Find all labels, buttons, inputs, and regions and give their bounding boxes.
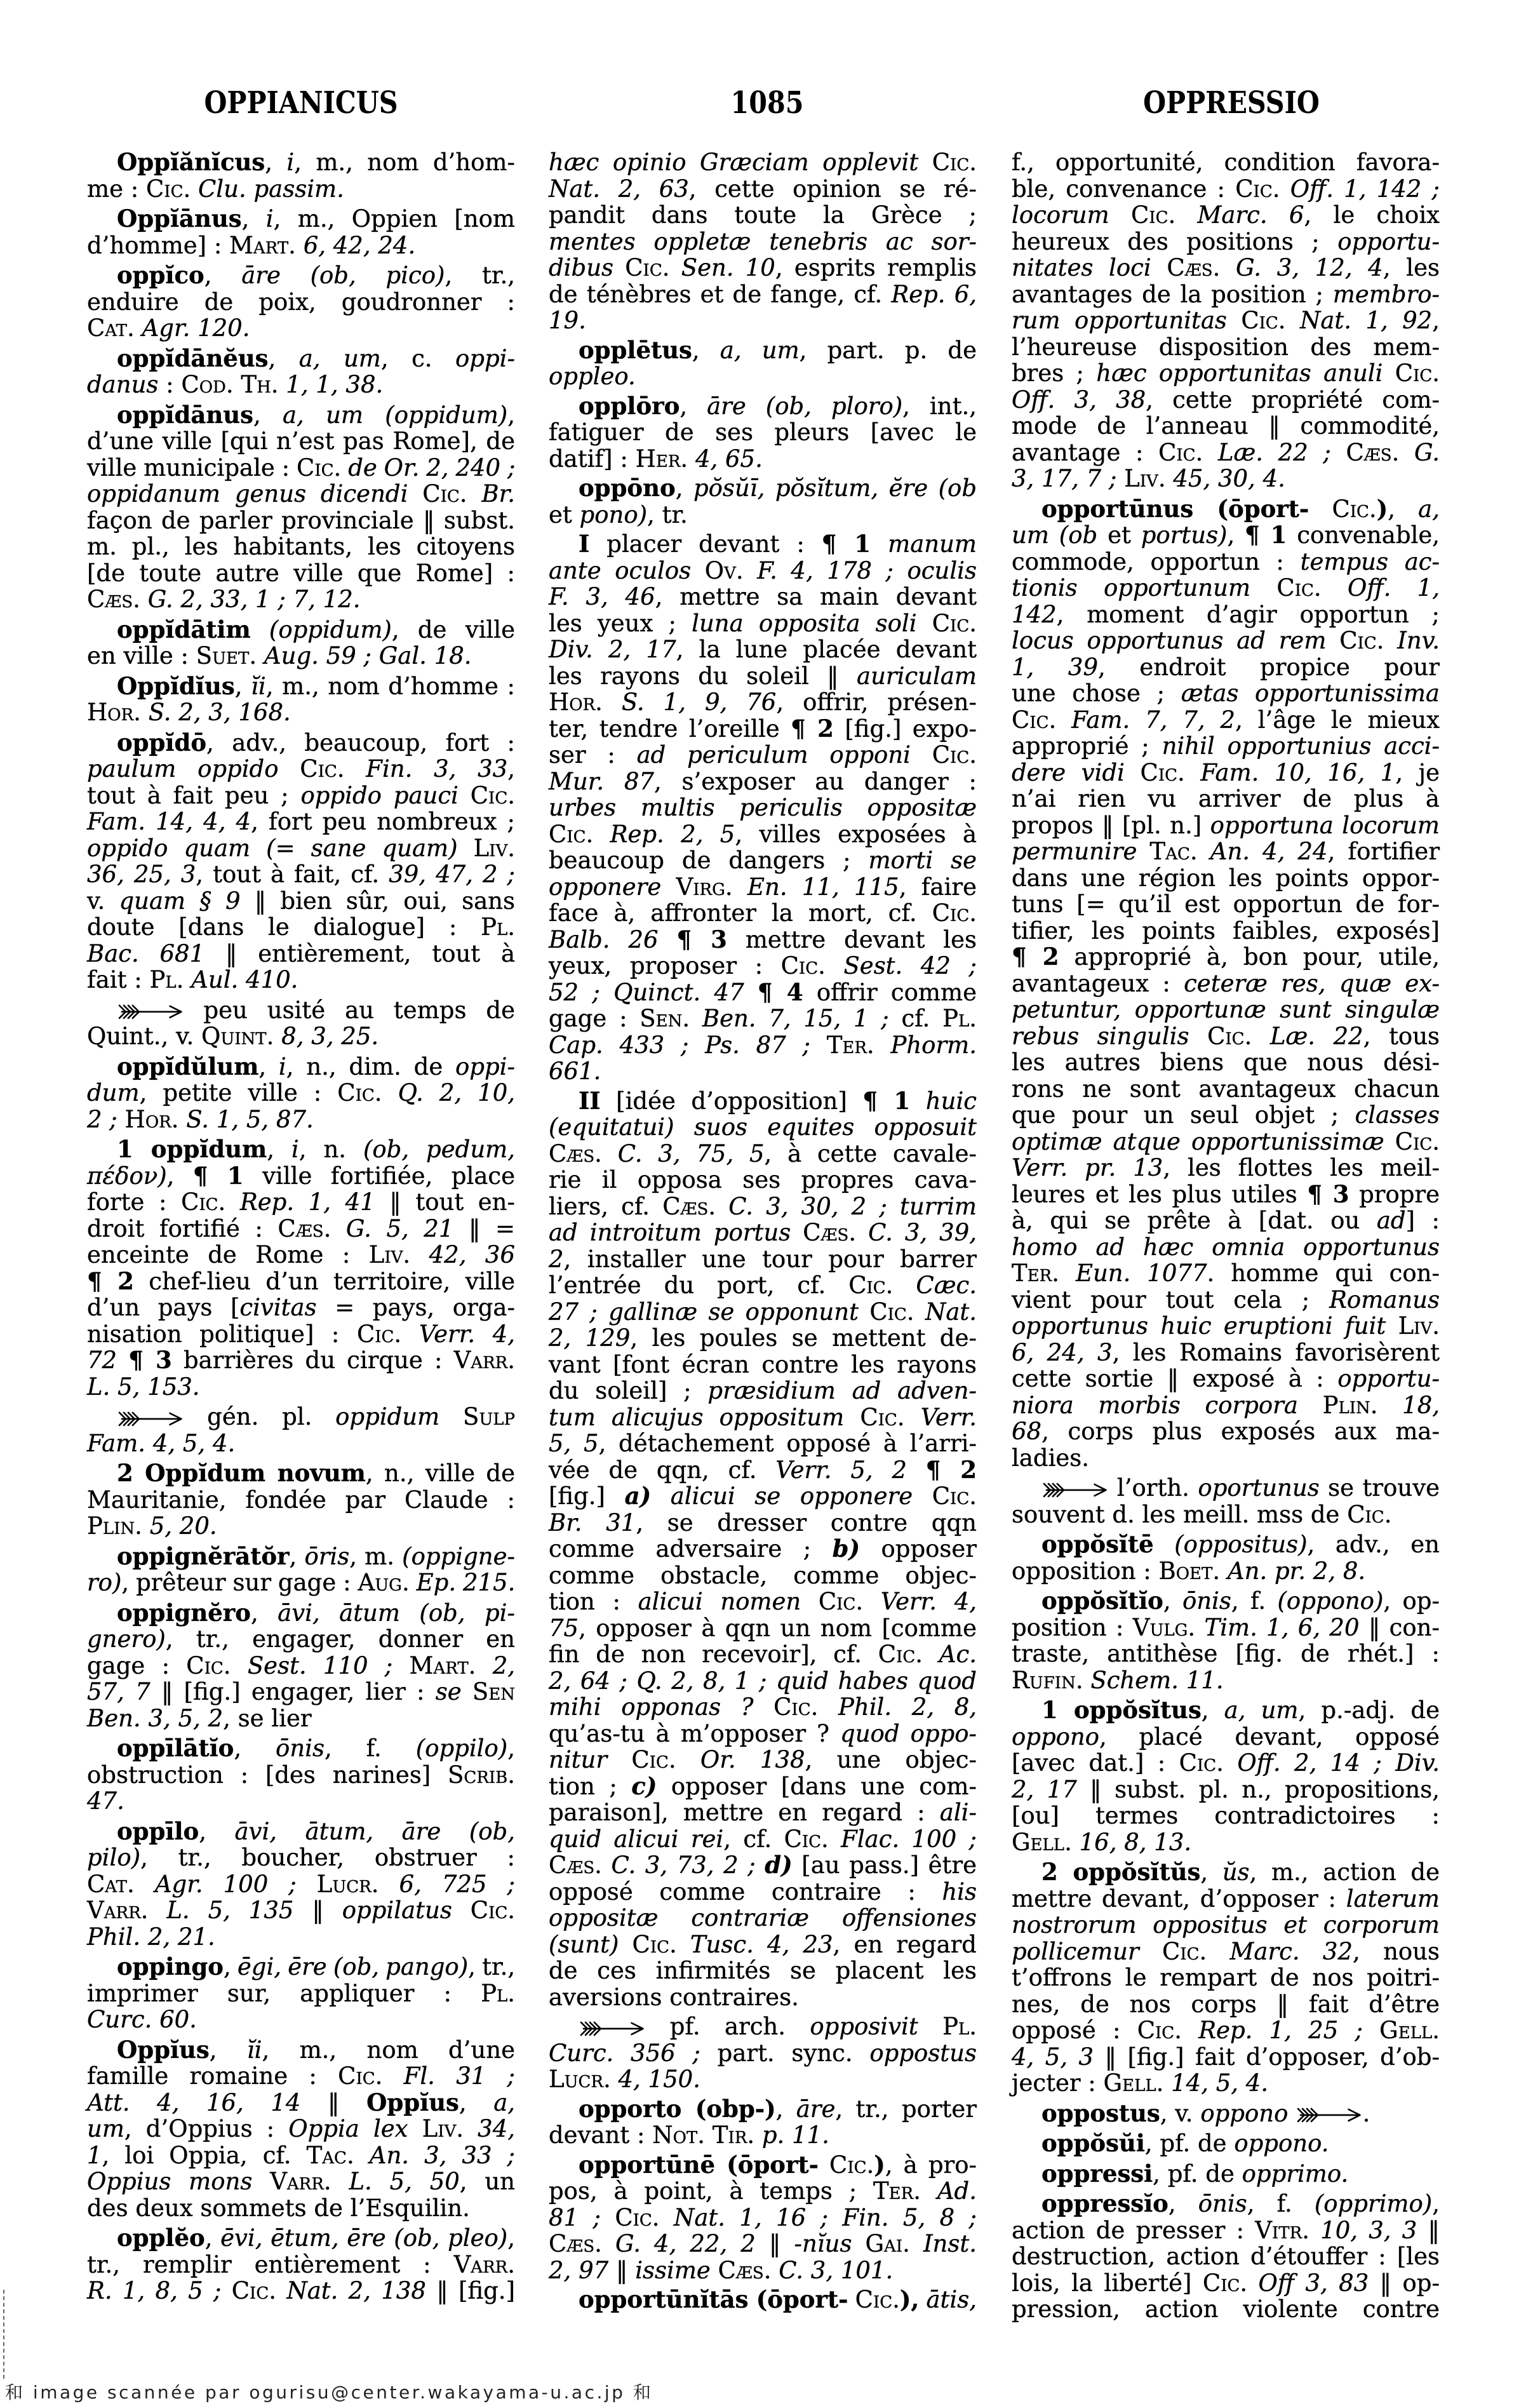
text-line: (sunt) Cic. Tusc. 4, 23, en regard <box>549 1932 977 1958</box>
italic-text: nostrorum oppositus et corporum <box>1012 1911 1440 1939</box>
text-line: opposé : Cic. Rep. 1, 25 ; Gell. <box>1012 2017 1440 2044</box>
italic-text: nitur <box>549 1746 607 1773</box>
author-abbreviation: Cic. <box>932 741 977 769</box>
text-line: rons ne sont avantageux chacun <box>1012 1076 1440 1103</box>
author-abbreviation: Cic. <box>471 782 515 809</box>
text-line: oppĭdŭlum, i, n., dim. de oppi- <box>87 1054 515 1080</box>
text-line: des deux sommets de l’Esquilin. <box>87 2195 515 2222</box>
text-line: ladies. <box>1012 1445 1440 1472</box>
headword: opportūnus (ōport- <box>1041 495 1309 523</box>
italic-text: R. 1, 8, 5 ; <box>87 2277 221 2304</box>
italic-text: Inv. <box>1397 627 1440 654</box>
text-line: dans une région les points oppor- <box>1012 865 1440 892</box>
author-abbreviation: Cic. <box>297 454 341 481</box>
text-line: opportūnē (ōport- Cic.), à pro- <box>549 2152 977 2179</box>
text-line: 2, 17 ‖ subst. pl. n., propositions, <box>1012 1777 1440 1803</box>
text-line: oppignĕrātŏr, ōris, m. (oppigne- <box>87 1543 515 1570</box>
headword: oppīlātĭo <box>117 1734 234 1762</box>
feathered-arrow-icon <box>1041 1482 1108 1498</box>
headword: opporto (obp-) <box>579 2095 776 2123</box>
italic-text: 81 ; <box>549 2204 601 2231</box>
italic-text: auriculam <box>857 662 977 690</box>
author-abbreviation: Tac. <box>307 2142 354 2169</box>
author-abbreviation: Cic. <box>932 899 977 927</box>
author-abbreviation: Plin. <box>1323 1392 1378 1419</box>
italic-text: præsidium ad adven- <box>707 1377 977 1404</box>
italic-text: oppositæ contrariæ offensiones <box>549 1904 977 1932</box>
italic-text: huic <box>926 1087 977 1115</box>
author-abbreviation: Virg. <box>676 873 733 901</box>
italic-text: manum <box>888 530 977 558</box>
text-line: l’orth. oportunus se trouve <box>1012 1475 1440 1502</box>
text-line: paraison], mettre en regard : ali- <box>549 1799 977 1826</box>
italic-text: alicui se opponere <box>671 1482 913 1510</box>
text-line: face à, affronter la mort, cf. Cic. <box>549 900 977 927</box>
dictionary-page: OPPIANICUS 1085 OPPRESSIO Oppĭănĭcus, i,… <box>0 0 1540 2406</box>
author-abbreviation: Cic. <box>625 254 669 281</box>
italic-text: paulum oppido <box>87 755 279 783</box>
author-abbreviation: Gell. <box>1379 2017 1440 2044</box>
text-line: position : Vulg. Tim. 1, 6, 20 ‖ con- <box>1012 1615 1440 1641</box>
italic-text: Ben. 3, 5, 2 <box>87 1705 223 1732</box>
headword: oppĭdō <box>117 729 206 756</box>
headword: opportūnē (ōport- <box>579 2151 819 2179</box>
text-line: vée de qqn, cf. Verr. 5, 2 ¶ 2 <box>549 1457 977 1484</box>
text-line: ¶ 2 approprié à, bon pour, utile, <box>1012 944 1440 971</box>
text-line: gnero), tr., engager, donner en <box>87 1626 515 1653</box>
author-abbreviation: Scrib. <box>448 1761 515 1789</box>
page-number: 1085 <box>658 88 876 118</box>
author-abbreviation: Her. <box>636 445 688 473</box>
text-line: (equitatui) suos equites opposuit <box>549 1114 977 1141</box>
usage-note: l’orth. oportunus se trouvesouvent d. le… <box>1012 1475 1440 1528</box>
italic-text: oppidanum genus dicendi <box>87 480 408 507</box>
italic-text: F. 3, 46 <box>549 583 655 610</box>
italic-text: 2, 129 <box>549 1324 630 1352</box>
bold-text: ¶ 3 <box>128 1346 172 1374</box>
text-line: tr., remplir entièrement : Varr. <box>87 2252 515 2278</box>
column-3: f., opportunité, condition favora-ble, c… <box>1012 149 1440 2323</box>
italic-text: 19. <box>549 307 586 334</box>
text-line: [ou] termes contradictoires : <box>1012 1803 1440 1829</box>
italic-text: Curc. 356 ; <box>549 2040 700 2067</box>
text-line: dum, petite ville : Cic. Q. 2, 10, <box>87 1080 515 1106</box>
usage-note: gén. pl. oppidum SulpFam. 4, 5, 4. <box>87 1404 515 1456</box>
text-line: opportūnus (ōport- Cic.), a, <box>1012 496 1440 523</box>
text-line: opportūnĭtās (ōport- Cic.), ātis, <box>549 2287 977 2313</box>
text-line: gage : Cic. Sest. 110 ; Mart. 2, <box>87 1653 515 1679</box>
headword: 1 oppĭdum <box>117 1135 267 1163</box>
text-line: 27 ; gallinæ se opponunt Cic. Nat. <box>549 1299 977 1326</box>
text-line: Oppius mons Varr. L. 5, 50, un <box>87 2168 515 2195</box>
italic-text: um <box>87 2115 124 2142</box>
italic-text: mentes oppletæ tenebris ac sor- <box>549 228 977 255</box>
text-line: nes, de nos corps ‖ fait d’être <box>1012 1991 1440 2018</box>
italic-text: (sunt) <box>549 1931 619 1958</box>
sense-letter: c) <box>631 1772 657 1800</box>
author-abbreviation: Cæs. <box>278 1215 331 1242</box>
text-line: peu usité au temps de <box>87 997 515 1024</box>
italic-text: Fin. 3, 33 <box>366 755 507 783</box>
italic-text: (oppilo) <box>416 1735 507 1762</box>
author-abbreviation: Cæs. <box>1346 439 1399 466</box>
italic-text: Ac. <box>939 1641 977 1668</box>
author-abbreviation: Cic. <box>1131 201 1175 229</box>
text-line: homo ad hæc omnia opportunus <box>1012 1234 1440 1261</box>
italic-text: opponere <box>549 873 661 901</box>
text-line: gage : Sen. Ben. 7, 15, 1 ; cf. Pl. <box>549 1005 977 1032</box>
text-line: fatiguer de ses pleurs [avec le <box>549 419 977 446</box>
italic-text: G. 3, 12, 4 <box>1236 254 1383 281</box>
dictionary-entry: 2 oppŏsĭtŭs, ŭs, m., action demettre dev… <box>1012 1859 1440 2097</box>
italic-text: a, um <box>1224 1697 1299 1724</box>
text-line: cette sortie ‖ exposé à : opportu- <box>1012 1366 1440 1392</box>
author-abbreviation: Liv. <box>369 1241 410 1268</box>
italic-text: 2, 17 <box>1012 1776 1077 1803</box>
text-line: oppignĕro, āvi, ātum (ob, pi- <box>87 1600 515 1627</box>
italic-text: quod oppo- <box>840 1720 977 1747</box>
text-line: πέδον), ¶ 1 ville fortifiée, place <box>87 1163 515 1190</box>
italic-text: En. 11, 115 <box>747 873 899 901</box>
text-line: d’homme] : Mart. 6, 42, 24. <box>87 232 515 259</box>
italic-text: 5, 5 <box>549 1430 599 1457</box>
author-abbreviation: Cic. <box>471 1897 515 1924</box>
italic-text: oppi- <box>455 345 515 372</box>
text-line: ¶ 2 chef-lieu d’un territoire, ville <box>87 1268 515 1295</box>
text-line: dibus Cic. Sen. 10, esprits remplis <box>549 255 977 281</box>
italic-text: ōnis <box>1182 1587 1231 1615</box>
author-abbreviation: Cat. <box>87 314 135 342</box>
text-line: propos ‖ [pl. n.] opportuna locorum <box>1012 812 1440 839</box>
italic-text: oppono <box>1012 1723 1099 1751</box>
italic-text: āre <box>796 2095 836 2123</box>
italic-text: 2, 64 ; Q. 2, 8, 1 ; quid habes quod <box>549 1667 977 1695</box>
italic-text: C. 3, 30, 2 ; turrim <box>728 1193 977 1220</box>
author-abbreviation: Gell. <box>1012 1829 1072 1856</box>
italic-text: Tusc. 4, 23 <box>690 1931 833 1958</box>
headword: Oppĭănĭcus <box>117 148 265 176</box>
italic-text: oppi- <box>455 1053 515 1080</box>
italic-text: Div. 2, 17 <box>549 636 676 663</box>
bold-text: ) <box>874 2151 885 2179</box>
author-abbreviation: Cic. <box>631 1746 676 1773</box>
author-abbreviation: Not. Tir. <box>652 2121 754 2149</box>
text-line: Lucr. 4, 150. <box>549 2066 977 2093</box>
author-abbreviation: Ov. <box>705 557 744 584</box>
text-line: opplētus, a, um, part. p. de <box>549 337 977 364</box>
text-line: oppŏsŭi, pf. de oppono. <box>1012 2130 1440 2157</box>
text-line: aversions contraires. <box>549 1984 977 2011</box>
italic-text: Br. 31 <box>549 1509 636 1536</box>
author-abbreviation: Cic. <box>773 1693 818 1721</box>
scan-edge-mark <box>3 2290 4 2379</box>
feathered-arrow-icon <box>579 2020 645 2037</box>
text-line: nitur Cic. Or. 138, une objec- <box>549 1747 977 1773</box>
text-line: Cæs. C. 3, 75, 5, à cette cavale- <box>549 1141 977 1167</box>
italic-text: Off. 1, <box>1348 574 1440 601</box>
text-line: fait : Pl. Aul. 410. <box>87 967 515 993</box>
text-line: les yeux ; luna opposita soli Cic. <box>549 610 977 637</box>
italic-text: Or. 138 <box>700 1746 805 1773</box>
text-line: niora morbis corpora Plin. 18, <box>1012 1392 1440 1419</box>
text-line: mettre devant, d’opposer : laterum <box>1012 1886 1440 1912</box>
text-line: bres ; hæc opportunitas anuli Cic. <box>1012 360 1440 387</box>
italic-text: a, <box>493 2089 515 2116</box>
text-line: les autres biens que nous dési- <box>1012 1049 1440 1076</box>
text-line: Mur. 87, s’exposer au danger : <box>549 769 977 795</box>
text-line: vant [font écran contre les rayons <box>549 1352 977 1378</box>
author-abbreviation: Pl. <box>942 1005 977 1032</box>
dictionary-entry: opplētus, a, um, part. p. deoppleo. <box>549 337 977 390</box>
text-line: avantageux : ceteræ res, quæ ex- <box>1012 971 1440 997</box>
author-abbreviation: Cic. <box>232 2277 276 2304</box>
italic-text: locus opportunus ad rem <box>1012 627 1326 654</box>
italic-text: oppido quam (= sane quam) <box>87 835 458 862</box>
italic-text: C. 3, 75, 5 <box>618 1140 765 1167</box>
text-line: oppleo. <box>549 363 977 390</box>
text-line: Oppĭus, ĭi, m., nom d’une <box>87 2037 515 2064</box>
headword: Oppĭānus <box>117 205 242 232</box>
italic-text: (ob, pedum, <box>363 1136 515 1163</box>
italic-text: opportuna locorum <box>1210 812 1440 839</box>
headword: oppŏsĭtē <box>1041 1530 1154 1558</box>
author-abbreviation: Cic. <box>1395 1128 1440 1155</box>
italic-text: 2 <box>549 1246 564 1273</box>
italic-text: nitates loci <box>1012 254 1151 281</box>
italic-text: ŭs <box>1222 1858 1250 1886</box>
italic-text: An. pr. 2, 8. <box>1228 1557 1365 1585</box>
italic-text: dum <box>87 1079 140 1106</box>
italic-text: rum opportunitas <box>1012 307 1227 334</box>
text-line: nostrorum oppositus et corporum <box>1012 1912 1440 1939</box>
italic-text: opportunus huic eruptioni fuit <box>1012 1312 1386 1340</box>
author-abbreviation: Sen <box>472 1678 515 1705</box>
text-line: Cat. Agr. 120. <box>87 315 515 342</box>
italic-text: 52 ; Quinct. 47 <box>549 979 744 1006</box>
dictionary-entry: 1 oppŏsĭtus, a, um, p.-adj. deoppono, pl… <box>1012 1697 1440 1855</box>
italic-text: 27 ; gallinæ se opponunt <box>549 1298 859 1326</box>
bold-text: Oppĭus <box>366 2088 459 2116</box>
author-abbreviation: Cic. <box>186 1652 231 1679</box>
text-line: I placer devant : ¶ 1 manum <box>549 531 977 558</box>
text-line: 36, 25, 3, tout à fait, cf. 39, 47, 2 ; <box>87 861 515 888</box>
text-line: mentes oppletæ tenebris ac sor- <box>549 229 977 255</box>
text-line: 4, 5, 3 ‖ [fig.] fait d’opposer, d’ob- <box>1012 2044 1440 2071</box>
italic-text: S. 1, 9, 76 <box>622 689 776 716</box>
author-abbreviation: Cic. <box>1012 706 1056 734</box>
author-abbreviation: Cic. <box>932 149 977 176</box>
text-line: ter, tendre l’oreille ¶ 2 [fig.] expo- <box>549 716 977 743</box>
dictionary-entry: oppignĕro, āvi, ātum (ob, pi-gnero), tr.… <box>87 1600 515 1732</box>
italic-text: Sest. 42 ; <box>843 952 977 979</box>
italic-text: opposivit <box>810 2013 918 2040</box>
italic-text: nihil opportunius acci- <box>1162 732 1440 760</box>
italic-text: ōnis <box>276 1735 325 1762</box>
author-abbreviation: Cæs. <box>662 1193 716 1220</box>
italic-text: L. 5, 135 <box>166 1897 293 1924</box>
text-line: leures et les plus utiles ¶ 3 propre <box>1012 1181 1440 1208</box>
italic-text: S. 2, 3, 168. <box>149 699 291 726</box>
author-abbreviation: Ter. <box>873 2177 921 2205</box>
author-abbreviation: Cic. <box>1347 1501 1391 1528</box>
text-line: façon de parler provinciale ‖ subst. <box>87 507 515 534</box>
italic-text: Romanus <box>1329 1286 1440 1314</box>
text-line: Div. 2, 17, la lune placée devant <box>549 636 977 663</box>
text-line: Ter. Eun. 1077. homme qui con- <box>1012 1260 1440 1287</box>
italic-text: locorum <box>1012 201 1109 229</box>
author-abbreviation: Cic. <box>615 2204 659 2231</box>
author-abbreviation: Cic. <box>422 480 467 507</box>
italic-text: 1, 1, 38. <box>286 371 383 398</box>
author-abbreviation: Varr. <box>454 1347 515 1374</box>
text-line: Varr. L. 5, 135 ‖ oppilatus Cic. <box>87 1897 515 1924</box>
dictionary-entry: Oppĭdĭus, ĭi, m., nom d’homme :Hor. S. 2… <box>87 673 515 726</box>
headword: 1 oppŏsĭtus <box>1041 1696 1202 1724</box>
text-line: 75, opposer à qqn un nom [comme <box>549 1615 977 1642</box>
text-line: pf. arch. opposivit Pl. <box>549 2013 977 2040</box>
text-line: jecter : Gell. 14, 5, 4. <box>1012 2070 1440 2097</box>
italic-text: p. 11. <box>762 2121 829 2149</box>
author-abbreviation: Boet. <box>1159 1557 1221 1585</box>
headword: opportūnĭtās (ōport- <box>579 2285 848 2313</box>
headword: oppressĭo <box>1041 2189 1168 2217</box>
italic-text: quid alicui rei <box>549 1825 723 1853</box>
headword: oppĭco <box>117 261 204 289</box>
text-line: [de toute autre ville que Rome] : <box>87 560 515 587</box>
italic-text: de Or. 2, 240 ; <box>348 454 515 481</box>
italic-text: 1 <box>87 2142 102 2169</box>
text-line: Quint., v. Quint. 8, 3, 25. <box>87 1023 515 1050</box>
headword: oppĭdānĕus <box>117 344 269 372</box>
author-abbreviation: Vitr. <box>1255 2217 1309 2244</box>
headword: oppōno <box>579 474 676 502</box>
italic-text: ōris <box>304 1543 349 1570</box>
text-line: Oppĭănĭcus, i, m., nom d’hom- <box>87 149 515 176</box>
text-line: 19. <box>549 307 977 334</box>
text-line: action de presser : Vitr. 10, 3, 3 ‖ <box>1012 2217 1440 2244</box>
italic-text: his <box>942 1878 977 1905</box>
italic-text: 42, 36 <box>429 1241 515 1268</box>
author-abbreviation: Hor. <box>125 1106 179 1133</box>
feathered-arrow-icon <box>117 1411 184 1427</box>
author-abbreviation: Hor. <box>549 689 603 716</box>
dictionary-entry: oppĭdō, adv., beaucoup, fort :paulum opp… <box>87 730 515 993</box>
italic-text: 1, 39 <box>1012 654 1098 681</box>
author-abbreviation: Mart. <box>229 232 296 259</box>
italic-text: 6, 42, 24. <box>304 232 416 259</box>
italic-text: L. 5, 50 <box>349 2168 459 2195</box>
italic-text: i <box>279 1053 286 1080</box>
text-line: beaucoup de dangers ; morti se <box>549 847 977 874</box>
bold-text: ¶ 1 <box>822 530 871 558</box>
text-line: Nat. 2, 63, cette opinion se ré- <box>549 176 977 203</box>
text-line: oppīlo, āvi, ātum, āre (ob, <box>87 1818 515 1845</box>
text-line: pression, action violente contre <box>1012 2296 1440 2323</box>
author-abbreviation: Suet. <box>196 642 257 669</box>
author-abbreviation: Cic. <box>1141 759 1185 786</box>
dictionary-entry: opportūnĭtās (ōport- Cic.), ātis, <box>549 2287 977 2313</box>
text-line: 2 Oppĭdum novum, n., ville de <box>87 1460 515 1487</box>
italic-text: πέδον) <box>87 1162 167 1190</box>
text-line: tion ; c) opposer [dans une com- <box>549 1773 977 1800</box>
bold-text: ¶ 2 <box>87 1267 134 1295</box>
dictionary-entry: Oppĭănĭcus, i, m., nom d’hom-me : Cic. C… <box>87 149 515 202</box>
text-line: um (ob et portus), ¶ 1 convenable, <box>1012 522 1440 549</box>
author-abbreviation: Pl. <box>149 966 184 993</box>
text-line: Curc. 356 ; part. sync. oppostus <box>549 2040 977 2067</box>
headword: oppĭdātim <box>117 615 251 643</box>
text-line: oppŏsĭtĭo, ōnis, f. (oppono), op- <box>1012 1588 1440 1615</box>
author-abbreviation: Cic. <box>633 1931 677 1958</box>
author-abbreviation: Aug. <box>358 1569 410 1596</box>
text-line: oppĭdānus, a, um (oppidum), <box>87 402 515 429</box>
italic-text: oppido pauci <box>300 782 458 809</box>
text-line: locus opportunus ad rem Cic. Inv. <box>1012 628 1440 654</box>
italic-text: Rep. 1, 25 ; <box>1198 2017 1363 2044</box>
scan-credit-mark-left: 和 <box>5 2382 25 2403</box>
sense-letter: b) <box>833 1535 860 1563</box>
text-line: 2, 97 ‖ issime Cæs. C. 3, 101. <box>549 2257 977 2284</box>
italic-text: 661. <box>549 1058 601 1085</box>
bold-text: ), <box>900 2285 919 2313</box>
italic-text: tionis opportunum <box>1012 574 1250 601</box>
text-line: lois, la liberté] Cic. Off 3, 83 ‖ op- <box>1012 2270 1440 2297</box>
author-abbreviation: Liv. <box>422 2115 464 2142</box>
italic-text: pilo) <box>87 1844 140 1871</box>
dictionary-entry: oppressĭo, ōnis, f. (opprimo),action de … <box>1012 2191 1440 2323</box>
italic-text: Sen. 10 <box>681 254 775 281</box>
author-abbreviation: Cic. <box>1158 439 1203 466</box>
headword: opplōro <box>579 392 680 420</box>
text-line: tifier, les points faibles, exposés] <box>1012 918 1440 944</box>
author-abbreviation: Cæs. <box>1167 254 1220 281</box>
author-abbreviation: Cic. <box>337 1079 382 1106</box>
italic-text: Aul. 410. <box>191 966 298 993</box>
italic-text: C. 3, 73, 2 ; <box>612 1852 756 1879</box>
text-line: doute [dans le dialogue] : Pl. <box>87 914 515 941</box>
text-line: 3, 17, 7 ; Liv. 45, 30, 4. <box>1012 466 1440 492</box>
italic-text: laterum <box>1346 1885 1440 1912</box>
text-line: oppidanum genus dicendi Cic. Br. <box>87 481 515 507</box>
text-line: 1 oppĭdum, i, n. (ob, pedum, <box>87 1136 515 1163</box>
italic-text: ad introitum portus <box>549 1219 791 1246</box>
italic-text: quam § 9 <box>119 887 240 915</box>
italic-text: Nat. 2, 138 <box>286 2277 426 2304</box>
text-line: nisation politique] : Cic. Verr. 4, <box>87 1321 515 1348</box>
italic-text: 39, 47, 2 ; <box>389 861 515 888</box>
text-line: optimæ atque opportunissimæ Cic. <box>1012 1129 1440 1155</box>
author-abbreviation: Liv. <box>1124 465 1165 492</box>
author-abbreviation: Cic. <box>1276 574 1321 601</box>
dictionary-entry: oppressi, pf. de opprimo. <box>1012 2161 1440 2188</box>
text-line: petuntur, opportunæ sunt singulæ <box>1012 997 1440 1023</box>
text-line: 68, corps plus exposés aux ma- <box>1012 1418 1440 1445</box>
text-line: 72 ¶ 3 barrières du cirque : Varr. <box>87 1347 515 1374</box>
author-abbreviation: Cic. <box>338 2062 382 2090</box>
text-line: comme adversaire ; b) opposer <box>549 1536 977 1563</box>
italic-text: Tim. 1, 6, 20 <box>1204 1614 1359 1641</box>
bold-text: II <box>579 1087 601 1115</box>
italic-text: civitas <box>239 1294 316 1321</box>
italic-text: 34, <box>478 2115 515 2142</box>
italic-text: ali- <box>940 1799 977 1826</box>
text-line: 1, 39, endroit propice pour <box>1012 654 1440 681</box>
italic-text: opportu- <box>1337 1365 1440 1392</box>
italic-text: optimæ atque opportunissimæ <box>1012 1128 1384 1155</box>
text-line: gén. pl. oppidum Sulp <box>87 1404 515 1430</box>
bold-text: ) <box>1377 495 1388 523</box>
dictionary-entry: opportūnē (ōport- Cic.), à pro-pos, à po… <box>549 2152 977 2284</box>
